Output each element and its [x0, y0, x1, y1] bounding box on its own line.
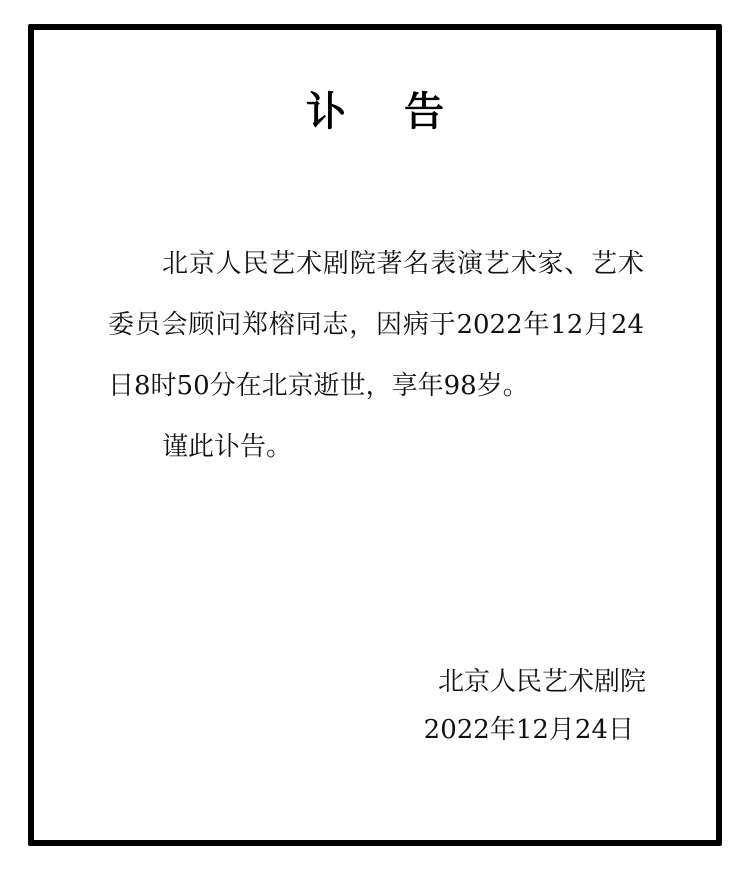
closing-paragraph: 谨此讣告。 [108, 417, 644, 478]
announcement-paragraph: 北京人民艺术剧院著名表演艺术家、艺术委员会顾问郑榕同志，因病于2022年12月2… [108, 234, 644, 417]
document-title: 讣告 [0, 92, 750, 132]
document-body: 北京人民艺术剧院著名表演艺术家、艺术委员会顾问郑榕同志，因病于2022年12月2… [108, 234, 644, 478]
signature-block: 北京人民艺术剧院 2022年12月24日 [424, 658, 646, 754]
signature-organization: 北京人民艺术剧院 [424, 658, 646, 706]
signature-date: 2022年12月24日 [424, 706, 646, 754]
